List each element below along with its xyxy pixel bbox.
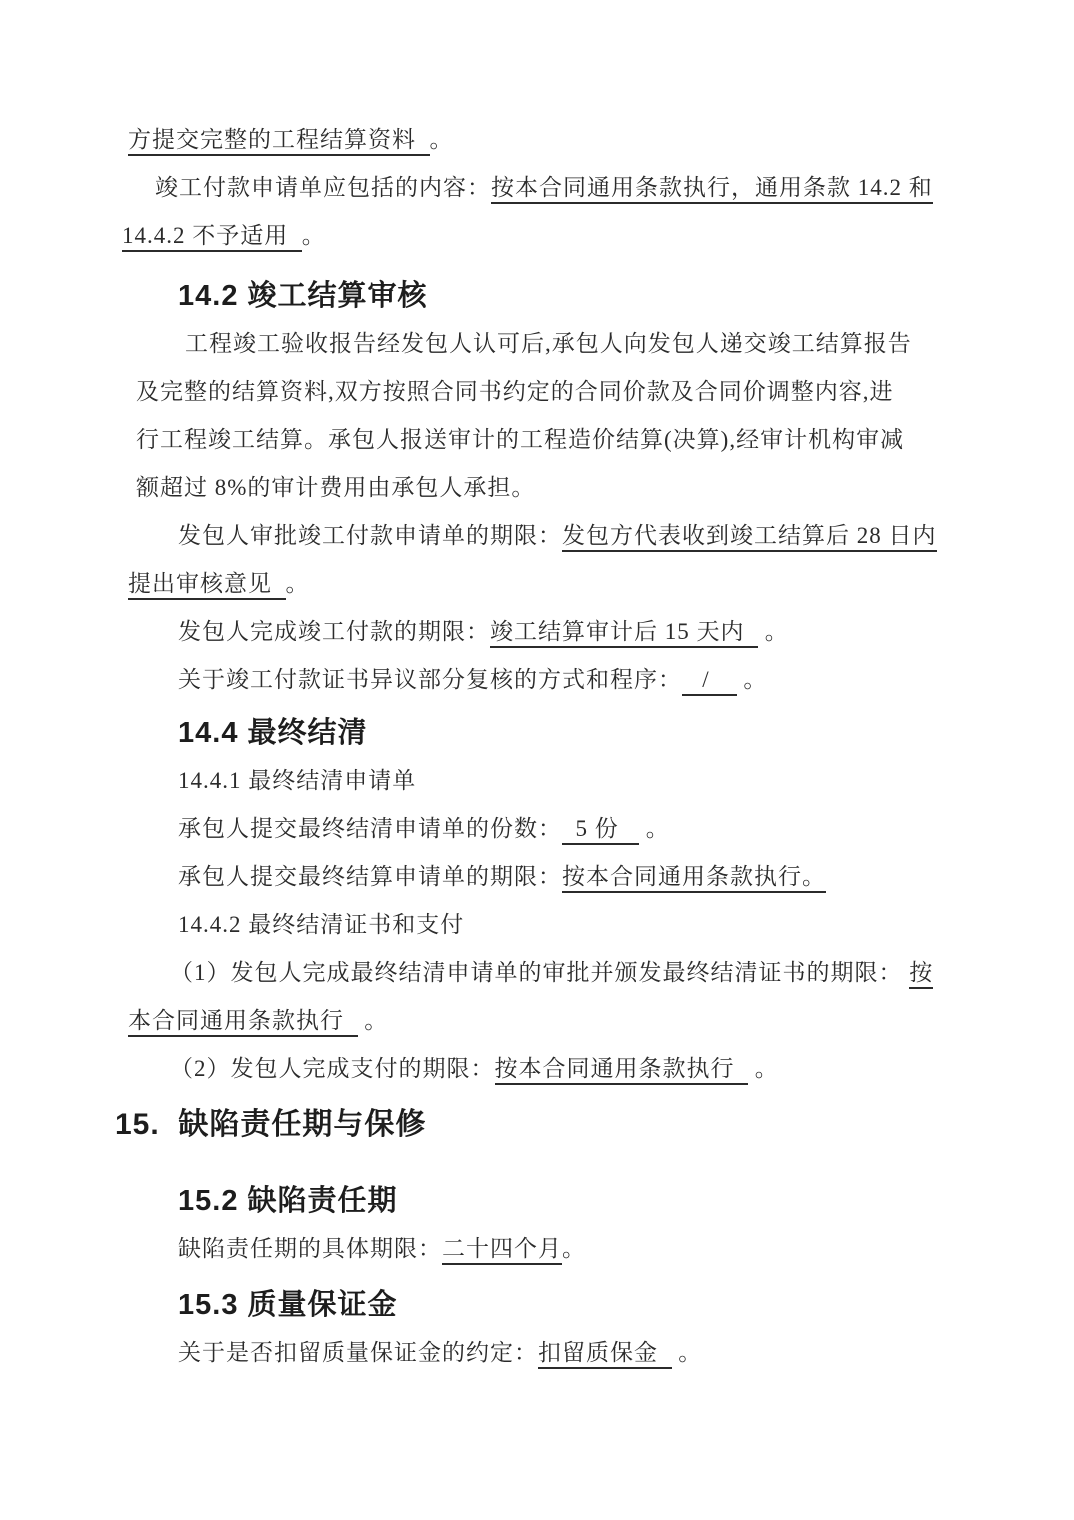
text-segment: 竣工付款申请单应包括的内容：	[155, 175, 491, 200]
text-segment: 14.4.1 最终结清申请单	[178, 768, 416, 793]
underlined-blank-value: /	[682, 667, 737, 696]
text-segment: 。	[639, 816, 670, 841]
clause-14-2-paragraph-line-2: 及完整的结算资料,双方按照合同书约定的合同价款及合同价调整内容,进	[136, 368, 1074, 416]
text-segment: 额超过 8%的审计费用由承包人承担。	[136, 475, 535, 500]
text-segment: 发包人审批竣工付款申请单的期限：	[178, 523, 562, 548]
text-segment: 发包人完成竣工付款的期限：	[178, 619, 490, 644]
text-segment: 。	[302, 223, 326, 248]
underlined-blank-value: 按	[909, 960, 933, 989]
completion-payment-period-line: 发包人完成竣工付款的期限：竣工结算审计后 15 天内 。	[178, 608, 1074, 656]
heading-14-4: 14.4 最终结清	[178, 709, 1074, 757]
underlined-blank-value: 发包方代表收到竣工结算后 28 日内	[562, 523, 937, 552]
text-segment: 关于是否扣留质量保证金的约定：	[178, 1340, 538, 1365]
text-segment: 14.4.2 最终结清证书和支付	[178, 912, 464, 937]
heading-14-2: 14.2 竣工结算审核	[178, 272, 1074, 320]
underlined-blank-value: 竣工结算审计后 15 天内	[490, 619, 758, 648]
text-segment: 。	[748, 1056, 779, 1081]
underlined-blank-value: 本合同通用条款执行	[128, 1008, 358, 1037]
text-segment: （1）发包人完成最终结清申请单的审批并颁发最终结清证书的期限：	[170, 960, 909, 985]
text-segment: 。	[430, 127, 454, 152]
quality-retention-line: 关于是否扣留质量保证金的约定：扣留质保金 。	[178, 1329, 1074, 1377]
underlined-blank-value: 5 份	[562, 816, 639, 845]
underlined-blank-value: 按本合同通用条款执行，通用条款 14.2 和	[491, 175, 933, 204]
employer-review-period-line-1: 发包人审批竣工付款申请单的期限：发包方代表收到竣工结算后 28 日内	[178, 512, 1074, 560]
payment-completion-period-line: （2）发包人完成支付的期限：按本合同通用条款执行 。	[170, 1045, 1074, 1093]
text-segment: 15. 缺陷责任期与保修	[115, 1108, 426, 1141]
defect-liability-period-line: 缺陷责任期的具体期限：二十四个月。	[178, 1225, 1074, 1273]
clause-14-2-paragraph-line-3: 行工程竣工结算。承包人报送审计的工程造价结算(决算),经审计机构审减	[136, 416, 1074, 464]
clause-14-2-paragraph-line-4: 额超过 8%的审计费用由承包人承担。	[136, 464, 1074, 512]
underlined-blank-value: 14.4.2 不予适用	[122, 223, 302, 252]
heading-15-3: 15.3 质量保证金	[178, 1281, 1074, 1329]
underlined-blank-value: 提出审核意见	[128, 571, 286, 600]
dispute-review-procedure-line: 关于竣工付款证书异议部分复核的方式和程序： / 。	[178, 656, 1074, 704]
clause-14-4-1-heading-line: 14.4.1 最终结清申请单	[178, 757, 1074, 805]
clause-14-4-2-heading-line: 14.4.2 最终结清证书和支付	[178, 901, 1074, 949]
heading-15-2: 15.2 缺陷责任期	[178, 1177, 1074, 1225]
employer-review-period-line-2: 提出审核意见 。	[128, 560, 1074, 608]
text-segment: 工程竣工验收报告经发包人认可后,承包人向发包人递交竣工结算报告	[185, 331, 912, 356]
text-segment: 。	[672, 1340, 703, 1365]
underlined-blank-value: 二十四个月	[442, 1236, 562, 1265]
document-content: 方提交完整的工程结算资料 。竣工付款申请单应包括的内容：按本合同通用条款执行，通…	[0, 0, 1074, 1377]
text-segment: 。	[286, 571, 310, 596]
text-segment: 承包人提交最终结算申请单的期限：	[178, 864, 562, 889]
final-certificate-period-line-1: （1）发包人完成最终结清申请单的审批并颁发最终结清证书的期限： 按	[170, 949, 1074, 997]
text-segment: 15.3 质量保证金	[178, 1289, 398, 1321]
text-segment: 。	[358, 1008, 389, 1033]
settlement-materials-continuation-line: 方提交完整的工程结算资料 。	[128, 116, 1074, 164]
clause-not-applicable-line: 14.4.2 不予适用 。	[122, 212, 1074, 260]
underlined-blank-value: 扣留质保金	[538, 1340, 672, 1369]
text-segment: 缺陷责任期的具体期限：	[178, 1236, 442, 1261]
text-segment: 关于竣工付款证书异议部分复核的方式和程序：	[178, 667, 682, 692]
heading-15: 15. 缺陷责任期与保修	[115, 1101, 1074, 1149]
text-segment: 。	[737, 667, 768, 692]
final-certificate-period-line-2: 本合同通用条款执行 。	[128, 997, 1074, 1045]
underlined-blank-value: 按本合同通用条款执行	[495, 1056, 749, 1085]
underlined-blank-value: 按本合同通用条款执行。	[562, 864, 826, 893]
text-segment: 。	[758, 619, 789, 644]
text-segment: 承包人提交最终结清申请单的份数：	[178, 816, 562, 841]
underlined-blank-value: 方提交完整的工程结算资料	[128, 127, 430, 156]
contract-document-page: 方提交完整的工程结算资料 。竣工付款申请单应包括的内容：按本合同通用条款执行，通…	[0, 0, 1074, 1520]
final-statement-copies-line: 承包人提交最终结清申请单的份数： 5 份 。	[178, 805, 1074, 853]
text-segment: 15.2 缺陷责任期	[178, 1185, 398, 1217]
text-segment: 14.4 最终结清	[178, 717, 368, 749]
text-segment: 及完整的结算资料,双方按照合同书约定的合同价款及合同价调整内容,进	[136, 379, 894, 404]
completion-payment-application-content-line: 竣工付款申请单应包括的内容：按本合同通用条款执行，通用条款 14.2 和	[155, 164, 1074, 212]
text-segment: 行工程竣工结算。承包人报送审计的工程造价结算(决算),经审计机构审减	[136, 427, 904, 452]
text-segment: （2）发包人完成支付的期限：	[170, 1056, 495, 1081]
clause-14-2-paragraph-line-1: 工程竣工验收报告经发包人认可后,承包人向发包人递交竣工结算报告	[185, 320, 1074, 368]
text-segment: 。	[562, 1236, 586, 1261]
text-segment: 14.2 竣工结算审核	[178, 280, 428, 312]
final-statement-period-line: 承包人提交最终结算申请单的期限：按本合同通用条款执行。	[178, 853, 1074, 901]
